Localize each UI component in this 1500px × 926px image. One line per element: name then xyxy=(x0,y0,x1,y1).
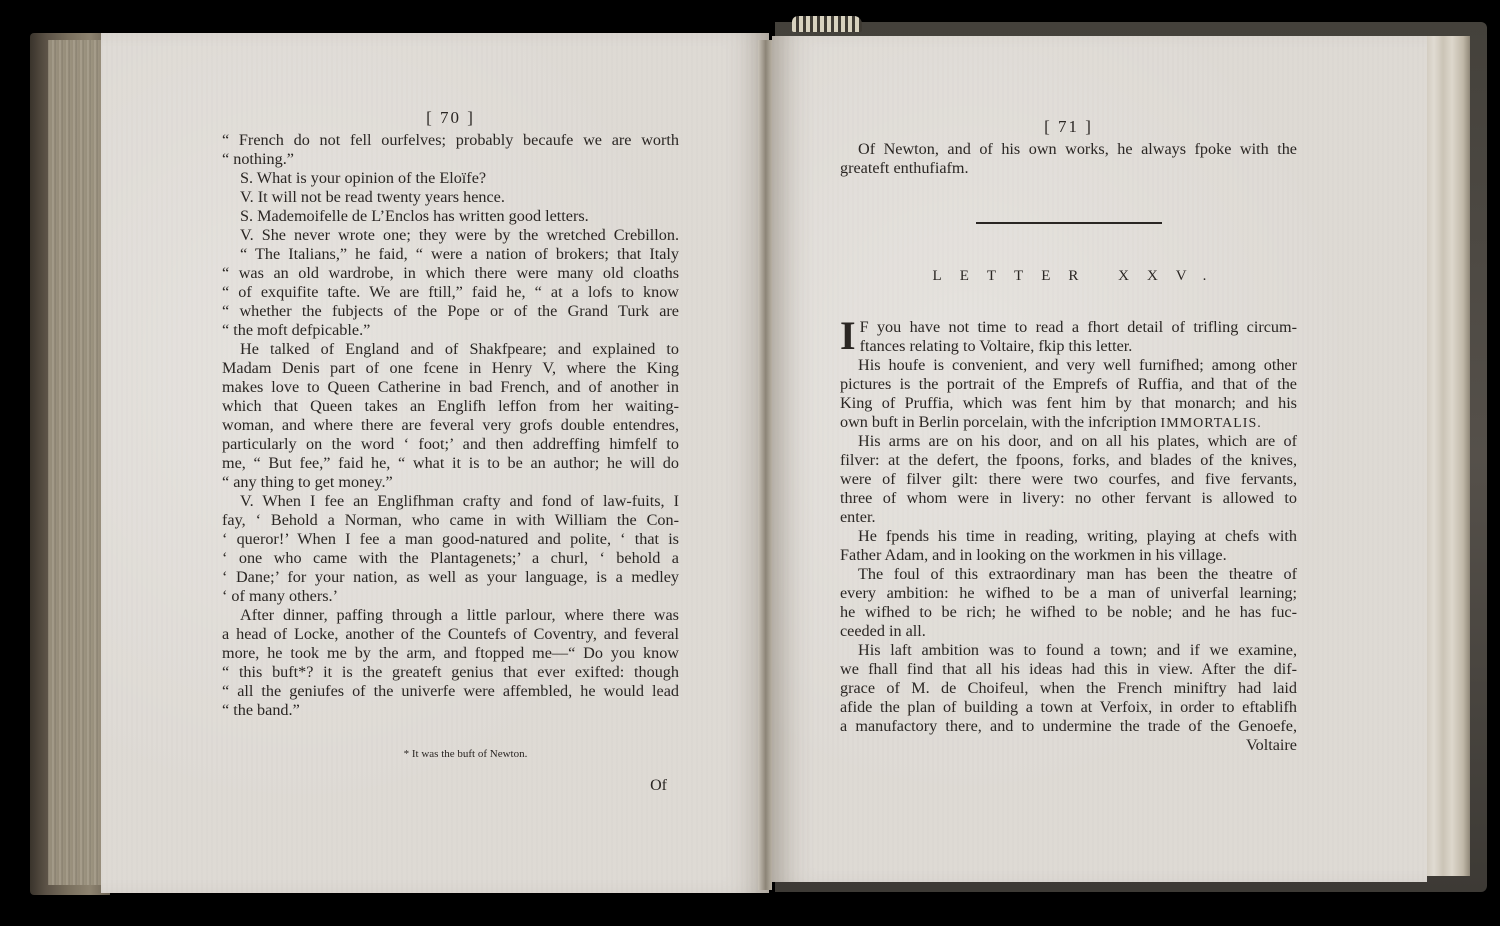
text-line: ‘ queror!’ When I fee a man good-natured… xyxy=(222,530,679,549)
text-line: “ the band.” xyxy=(222,701,679,720)
text-line: F you have not time to read a fhort deta… xyxy=(840,318,1297,337)
text-line: ceeded in all. xyxy=(840,622,1297,641)
text-line: own buft in Berlin porcelain, with the i… xyxy=(840,413,1297,432)
text-line: he wifhed to be rich; he wifhed to be no… xyxy=(840,603,1297,622)
headband xyxy=(792,16,862,32)
text-line: His laft ambition was to found a town; a… xyxy=(840,641,1297,660)
catchword: Voltaire xyxy=(840,736,1297,755)
text-line: greateft enthufiafm. xyxy=(840,159,1297,178)
section-divider xyxy=(976,222,1162,224)
text-line: He talked of England and of Shakfpeare; … xyxy=(222,340,679,359)
text-line: V. It will not be read twenty years henc… xyxy=(222,188,679,207)
text-line: filver: at the defert, the fpoons, forks… xyxy=(840,451,1297,470)
inscription: IMMORTALIS. xyxy=(1161,416,1262,431)
text-line: ‘ of many others.’ xyxy=(222,587,679,606)
text-line: fay, ‘ Behold a Norman, who came in with… xyxy=(222,511,679,530)
text-line: V. When I fee an Englifhman crafty and f… xyxy=(222,492,679,511)
page-number: [ 71 ] xyxy=(840,117,1297,136)
text-line: “ whether the fubjects of the Pope or of… xyxy=(222,302,679,321)
footnote: * It was the buft of Newton. xyxy=(222,745,679,764)
text-line: “ this buft*? it is the greateft genius … xyxy=(222,663,679,682)
text-line: enter. xyxy=(840,508,1297,527)
text-line: were of filver gilt: there were two cour… xyxy=(840,470,1297,489)
text-line: The foul of this extraordinary man has b… xyxy=(840,565,1297,584)
page-edges-left xyxy=(48,40,104,885)
text-line: “ of exquifite tafte. We are ftill,” fai… xyxy=(222,283,679,302)
page-edges-right xyxy=(1425,36,1470,876)
text-line: “ the moft defpicable.” xyxy=(222,321,679,340)
text-line: “ all the geniufes of the univerfe were … xyxy=(222,682,679,701)
text-line: S. What is your opinion of the Eloïfe? xyxy=(222,169,679,188)
text-line: ftances relating to Voltaire, fkip this … xyxy=(840,337,1297,356)
text-line: Madam Denis part of one fcene in Henry V… xyxy=(222,359,679,378)
text-line: makes love to Queen Catherine in bad Fre… xyxy=(222,378,679,397)
text-segment: own buft in Berlin porcelain, with the i… xyxy=(840,413,1157,431)
text-line: pictures is the portrait of the Emprefs … xyxy=(840,375,1297,394)
text-line: more, he took me by the arm, and ftopped… xyxy=(222,644,679,663)
text-line: Of Newton, and of his own works, he alwa… xyxy=(840,140,1297,159)
text-line: His houfe is convenient, and very well f… xyxy=(840,356,1297,375)
text-line: a manufactory there, and to undermine th… xyxy=(840,717,1297,736)
text-line: particularly on the word ‘ foot;’ and th… xyxy=(222,435,679,454)
text-line: Father Adam, and in looking on the workm… xyxy=(840,546,1297,565)
left-page-text: [ 70 ] “ French do not fell ourfelves; p… xyxy=(222,108,679,795)
gutter xyxy=(758,40,772,890)
text-line: “ French do not fell ourfelves; probably… xyxy=(222,131,679,150)
page-number: [ 70 ] xyxy=(222,108,679,127)
text-line: “ was an old wardrobe, in which there we… xyxy=(222,264,679,283)
catchword: Of xyxy=(222,776,679,795)
text-line: His arms are on his door, and on all his… xyxy=(840,432,1297,451)
text-line: grace of M. de Choifeul, when the French… xyxy=(840,679,1297,698)
text-line: every ambition: he wifhed to be a man of… xyxy=(840,584,1297,603)
text-line: afide the plan of building a town at Ver… xyxy=(840,698,1297,717)
text-line: After dinner, paffing through a little p… xyxy=(222,606,679,625)
text-line: woman, and where there are feveral very … xyxy=(222,416,679,435)
text-line: a head of Locke, another of the Countefs… xyxy=(222,625,679,644)
text-line: King of Pruffia, which was fent him by t… xyxy=(840,394,1297,413)
text-line: three of whom were in livery: no other f… xyxy=(840,489,1297,508)
text-line: ‘ one who came with the Plantagenets;’ a… xyxy=(222,549,679,568)
text-line: we fhall find that all his ideas had thi… xyxy=(840,660,1297,679)
letter-heading: LETTER XXV. xyxy=(840,267,1297,286)
text-line: which that Queen takes an Englifh leffon… xyxy=(222,397,679,416)
text-line: “ nothing.” xyxy=(222,150,679,169)
text-line: “ any thing to get money.” xyxy=(222,473,679,492)
text-line: “ The Italians,” he faid, “ were a natio… xyxy=(222,245,679,264)
text-line: He fpends his time in reading, writing, … xyxy=(840,527,1297,546)
text-line: V. She never wrote one; they were by the… xyxy=(222,226,679,245)
text-line: ‘ Dane;’ for your nation, as well as you… xyxy=(222,568,679,587)
right-page-text: [ 71 ] Of Newton, and of his own works, … xyxy=(840,117,1297,755)
text-line: me, “ But fee,” faid he, “ what it is to… xyxy=(222,454,679,473)
drop-cap: I xyxy=(840,319,856,353)
text-line: S. Mademoifelle de L’Enclos has written … xyxy=(222,207,679,226)
